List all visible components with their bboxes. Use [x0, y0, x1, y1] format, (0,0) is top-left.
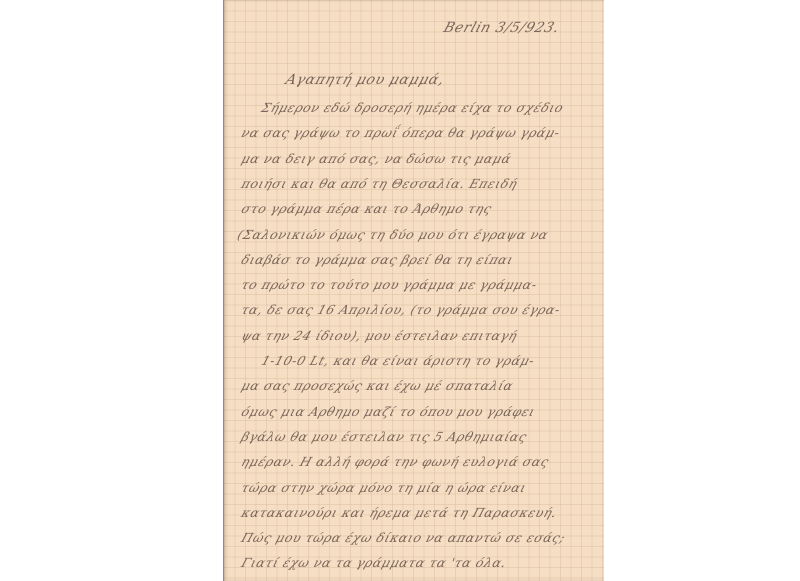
date-line: Berlin 3/5/923.: [441, 20, 561, 36]
letter-line: βγάλω θα μου έστειλαν τις 5 Αρθημιαίας: [240, 429, 530, 444]
letter-line: διαβάσ το γράμμα σας βρεί θα τη είπαι: [240, 252, 516, 267]
letter-line: (Σαλονικιών όμως τη δύο μου ότι έγραψα ν…: [236, 227, 551, 242]
letter-line: στο γράμμα πέρα και το Άρθημο της: [240, 201, 495, 216]
letter-line: μα σας προσεχώς και έχω μέ σπαταλία: [240, 378, 516, 393]
letter-line: Γιατί έχω να τα γράμματα τα 'τα όλα.: [240, 555, 509, 570]
letter-line: ημέραν. Η αλλή φορά την φωνή ευλογιά σας: [240, 454, 552, 469]
letter-line: να σας γράψω το πρωΐ όπερα θα γράψω γράμ…: [240, 125, 563, 140]
letter-line: ποιήσι και θα από τη Θεσσαλία. Επειδή: [240, 176, 520, 191]
letter-line: όμως μια Αρθημο μαζί το όπου μου γράφει: [240, 404, 538, 419]
letter-line: τώρα στην χώρα μόνο τη μία η ώρα είναι: [240, 480, 529, 495]
letter-line: Πώς μου τώρα έχω δίκαιο να απαντώ σε εσά…: [240, 530, 568, 545]
letter-line: το πρώτο το τούτο μου γράμμα με γράμμα-: [240, 277, 540, 292]
letter-page: Berlin 3/5/923. Αγαπητή μου μαμμά, Σήμερ…: [223, 0, 604, 581]
letter-line: τα, δε σας 16 Απριλίου, (το γράμμα σου έ…: [240, 302, 563, 317]
letter-line: ψα την 24 ίδιου), μου έστειλαν επιταγή: [240, 328, 520, 343]
letter-line: κατακαινούρι και ήρεμα μετά τη Παρασκευή…: [240, 505, 560, 520]
salutation: Αγαπητή μου μαμμά,: [283, 72, 446, 88]
letter-line: 1-10-0 Lt, και θα είναι άριστη το γράμ-: [260, 353, 537, 368]
letter-line: Σήμερον εδώ δροσερή ημέρα είχα το σχέδιο: [260, 100, 566, 115]
letter-line: μα να δειγ από σας, να δώσω τις μαμά: [240, 151, 514, 166]
